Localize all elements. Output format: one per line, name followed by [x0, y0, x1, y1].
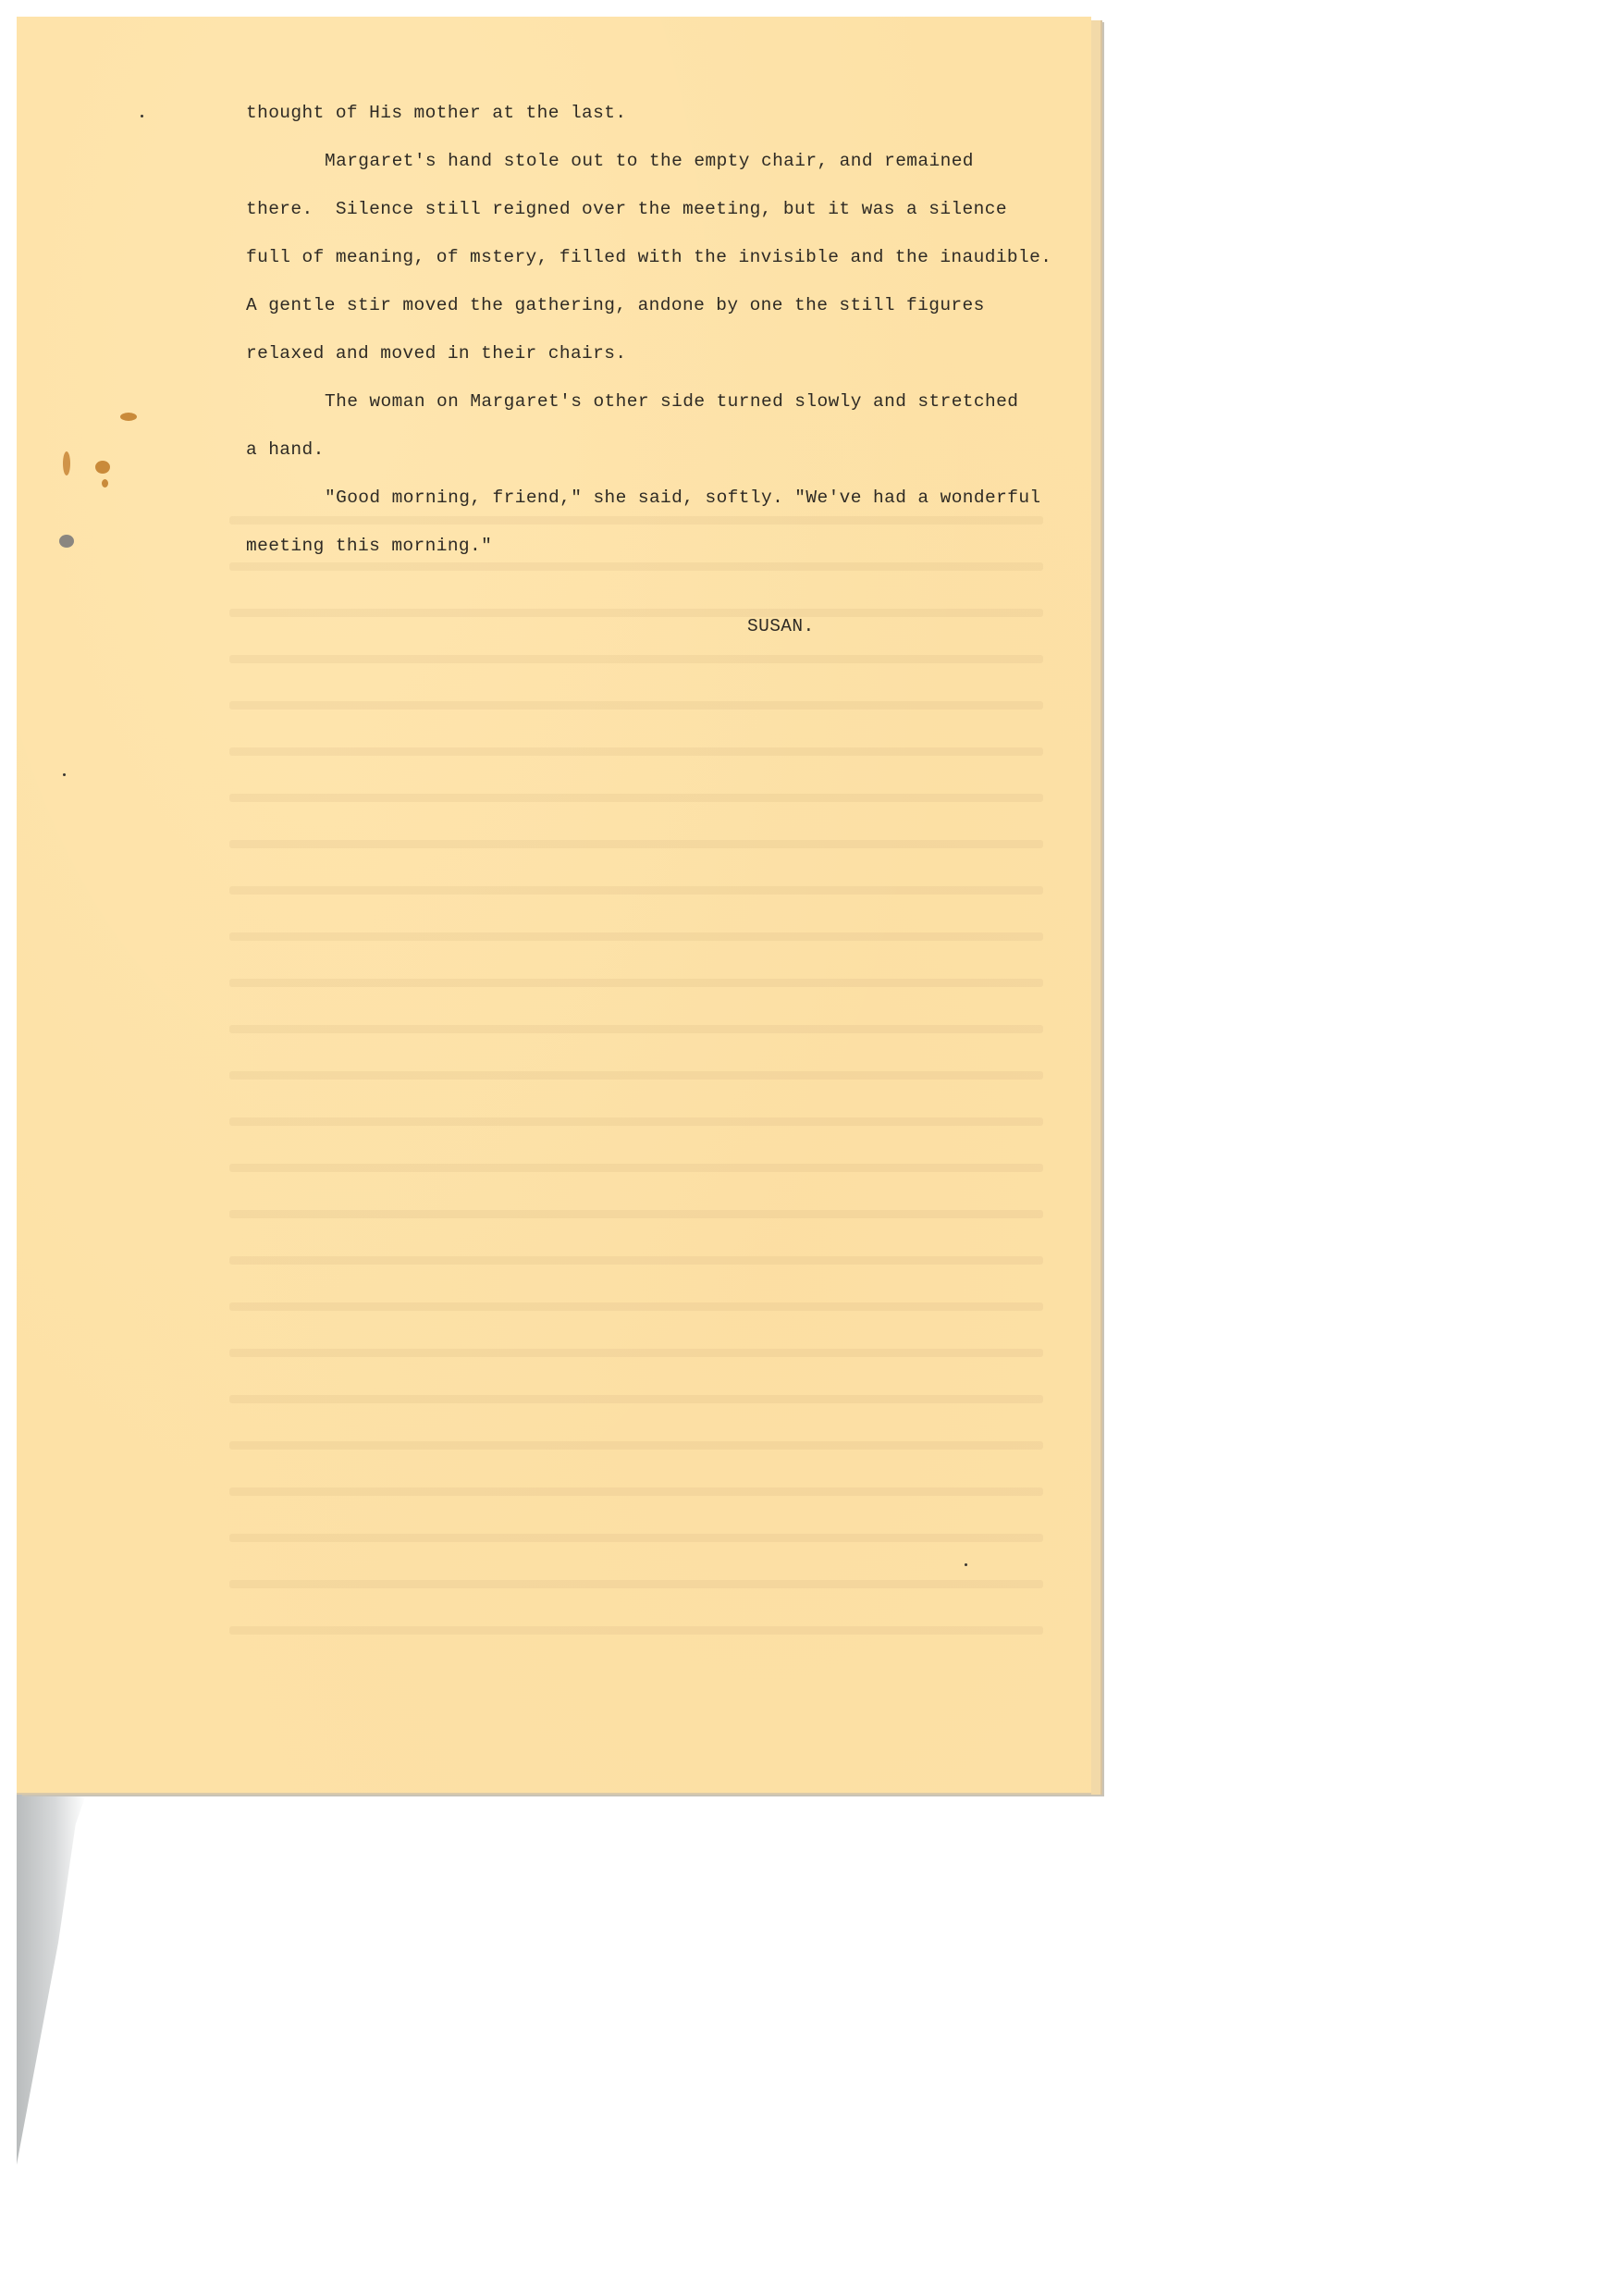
bleed-through-line — [229, 747, 1043, 756]
bleed-through-line — [229, 1534, 1043, 1542]
bleed-through-line — [229, 562, 1043, 571]
stain — [63, 451, 70, 475]
bleed-through-line — [229, 516, 1043, 525]
bleed-through-line — [229, 655, 1043, 663]
bleed-through-line — [229, 1025, 1043, 1033]
text-line: relaxed and moved in their chairs. — [246, 342, 626, 364]
bleed-through-line — [229, 1117, 1043, 1126]
speck — [965, 1563, 967, 1566]
bleed-through-line — [229, 1441, 1043, 1450]
text-line: there. Silence still reigned over the me… — [246, 198, 1007, 220]
bleed-through-line — [229, 1256, 1043, 1265]
bleed-through-line — [229, 1302, 1043, 1311]
stain — [102, 479, 108, 488]
speck — [141, 115, 143, 117]
text-line: a hand. — [246, 438, 325, 461]
typewritten-page: thought of His mother at the last. Marga… — [17, 17, 1091, 1795]
stain — [120, 413, 137, 421]
text-line: full of meaning, of mstery, filled with … — [246, 246, 1051, 268]
bleed-through-line — [229, 1487, 1043, 1496]
bleed-through-line — [229, 1626, 1043, 1635]
bleed-through-line — [229, 840, 1043, 848]
bleed-through-line — [229, 1164, 1043, 1172]
text-line: Margaret's hand stole out to the empty c… — [325, 150, 974, 172]
bleed-through-line — [229, 1349, 1043, 1357]
bleed-through-line — [229, 1071, 1043, 1080]
bleed-through-line — [229, 932, 1043, 941]
author-signature: SUSAN. — [747, 616, 815, 636]
text-line: A gentle stir moved the gathering, andon… — [246, 294, 985, 316]
bleed-through-line — [229, 794, 1043, 802]
bleed-through-line — [229, 1580, 1043, 1588]
bleed-through-line — [229, 701, 1043, 710]
bleed-through-line — [229, 886, 1043, 895]
text-line: meeting this morning." — [246, 535, 492, 557]
stain — [59, 535, 74, 548]
stain — [95, 461, 110, 474]
text-line: The woman on Margaret's other side turne… — [325, 390, 1018, 413]
bleed-through-line — [229, 1395, 1043, 1403]
bleed-through-line — [229, 979, 1043, 987]
bleed-through-line — [229, 1210, 1043, 1218]
text-line: thought of His mother at the last. — [246, 102, 626, 124]
text-line: "Good morning, friend," she said, softly… — [325, 487, 1041, 509]
bleed-through-line — [229, 609, 1043, 617]
speck — [63, 773, 66, 776]
